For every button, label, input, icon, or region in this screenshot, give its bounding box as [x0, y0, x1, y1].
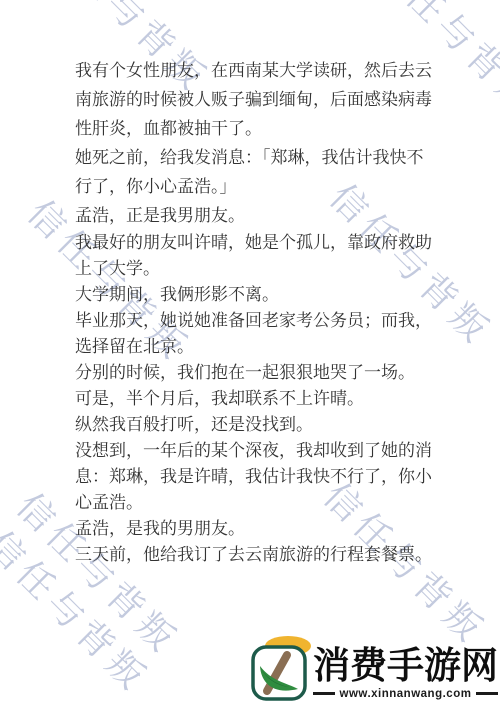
site-name: 消费手游网 [313, 647, 498, 687]
paragraph: 纵然我百般打听，还是没找到。 [75, 412, 447, 438]
paragraph: 孟浩，是我的男朋友。 [75, 516, 447, 542]
text-line: 毕业那天，她说她准备回老家考公务员；而我， [75, 311, 432, 330]
paragraph: 可是，半个月后，我却联系不上许晴。 [75, 386, 447, 412]
paragraph: 她死之前，给我发消息：「郑琳，我估计我快不 行了，你小心孟浩。」 [75, 143, 447, 201]
paragraph: 孟浩，正是我男朋友。 [75, 201, 447, 230]
paragraph: 三天前，他给我订了去云南旅游的行程套餐票。 [75, 542, 447, 568]
text-line: 上了大学。 [75, 259, 160, 278]
site-logo[interactable]: 消费手游网 www.xinnanwang.com [251, 645, 498, 701]
text-line: 心孟浩。 [75, 493, 143, 512]
paragraph: 毕业那天，她说她准备回老家考公务员；而我， 选择留在北京。 [75, 308, 447, 360]
logo-icon [251, 645, 307, 701]
paragraph: 我有个女性朋友，在西南某大学读研，然后去云 南旅游的时候被人贩子骗到缅甸，后面感… [75, 56, 447, 143]
text-line: 孟浩，正是我男朋友。 [75, 206, 245, 225]
text-line: 孟浩，是我的男朋友。 [75, 519, 245, 538]
text-line: 可是，半个月后，我却联系不上许晴。 [75, 389, 364, 408]
text-line: 我最好的朋友叫许晴，她是个孤儿，靠政府救助 [75, 233, 432, 252]
text-line: 她死之前，给我发消息：「郑琳，我估计我快不 [75, 148, 424, 167]
paragraph: 分别的时候，我们抱在一起狠狠地哭了一场。 [75, 360, 447, 386]
site-url: www.xinnanwang.com [340, 688, 472, 700]
text-line: 行了，你小心孟浩。」 [75, 177, 237, 196]
text-line: 大学期间，我俩形影不离。 [75, 285, 279, 304]
text-line: 三天前，他给我订了去云南旅游的行程套餐票。 [75, 545, 432, 564]
leaf-and-stick-icon [251, 645, 307, 701]
text-line: 没想到，一年后的某个深夜，我却收到了她的消 [75, 441, 432, 460]
paragraph: 没想到，一年后的某个深夜，我却收到了她的消 息：郑琳，我是许晴，我估计我快不行了… [75, 438, 447, 516]
site-url-row: www.xinnanwang.com [313, 688, 498, 700]
text-line: 性肝炎，血都被抽干了。 [75, 119, 262, 138]
text-line: 南旅游的时候被人贩子骗到缅甸，后面感染病毒 [75, 90, 432, 109]
paragraph: 大学期间，我俩形影不离。 [75, 282, 447, 308]
text-line: 我有个女性朋友，在西南某大学读研，然后去云 [75, 61, 432, 80]
logo-text-block: 消费手游网 www.xinnanwang.com [313, 647, 498, 700]
paragraph: 我最好的朋友叫许晴，她是个孤儿，靠政府救助 上了大学。 [75, 230, 447, 282]
divider-line [476, 692, 498, 695]
text-line: 息：郑琳，我是许晴，我估计我快不行了，你小 [75, 467, 432, 486]
divider-line [313, 692, 335, 695]
article: 我有个女性朋友，在西南某大学读研，然后去云 南旅游的时候被人贩子骗到缅甸，后面感… [75, 56, 447, 568]
text-line: 纵然我百般打听，还是没找到。 [75, 415, 313, 434]
text-line: 选择留在北京。 [75, 337, 194, 356]
text-line: 分别的时候，我们抱在一起狠狠地哭了一场。 [75, 363, 415, 382]
